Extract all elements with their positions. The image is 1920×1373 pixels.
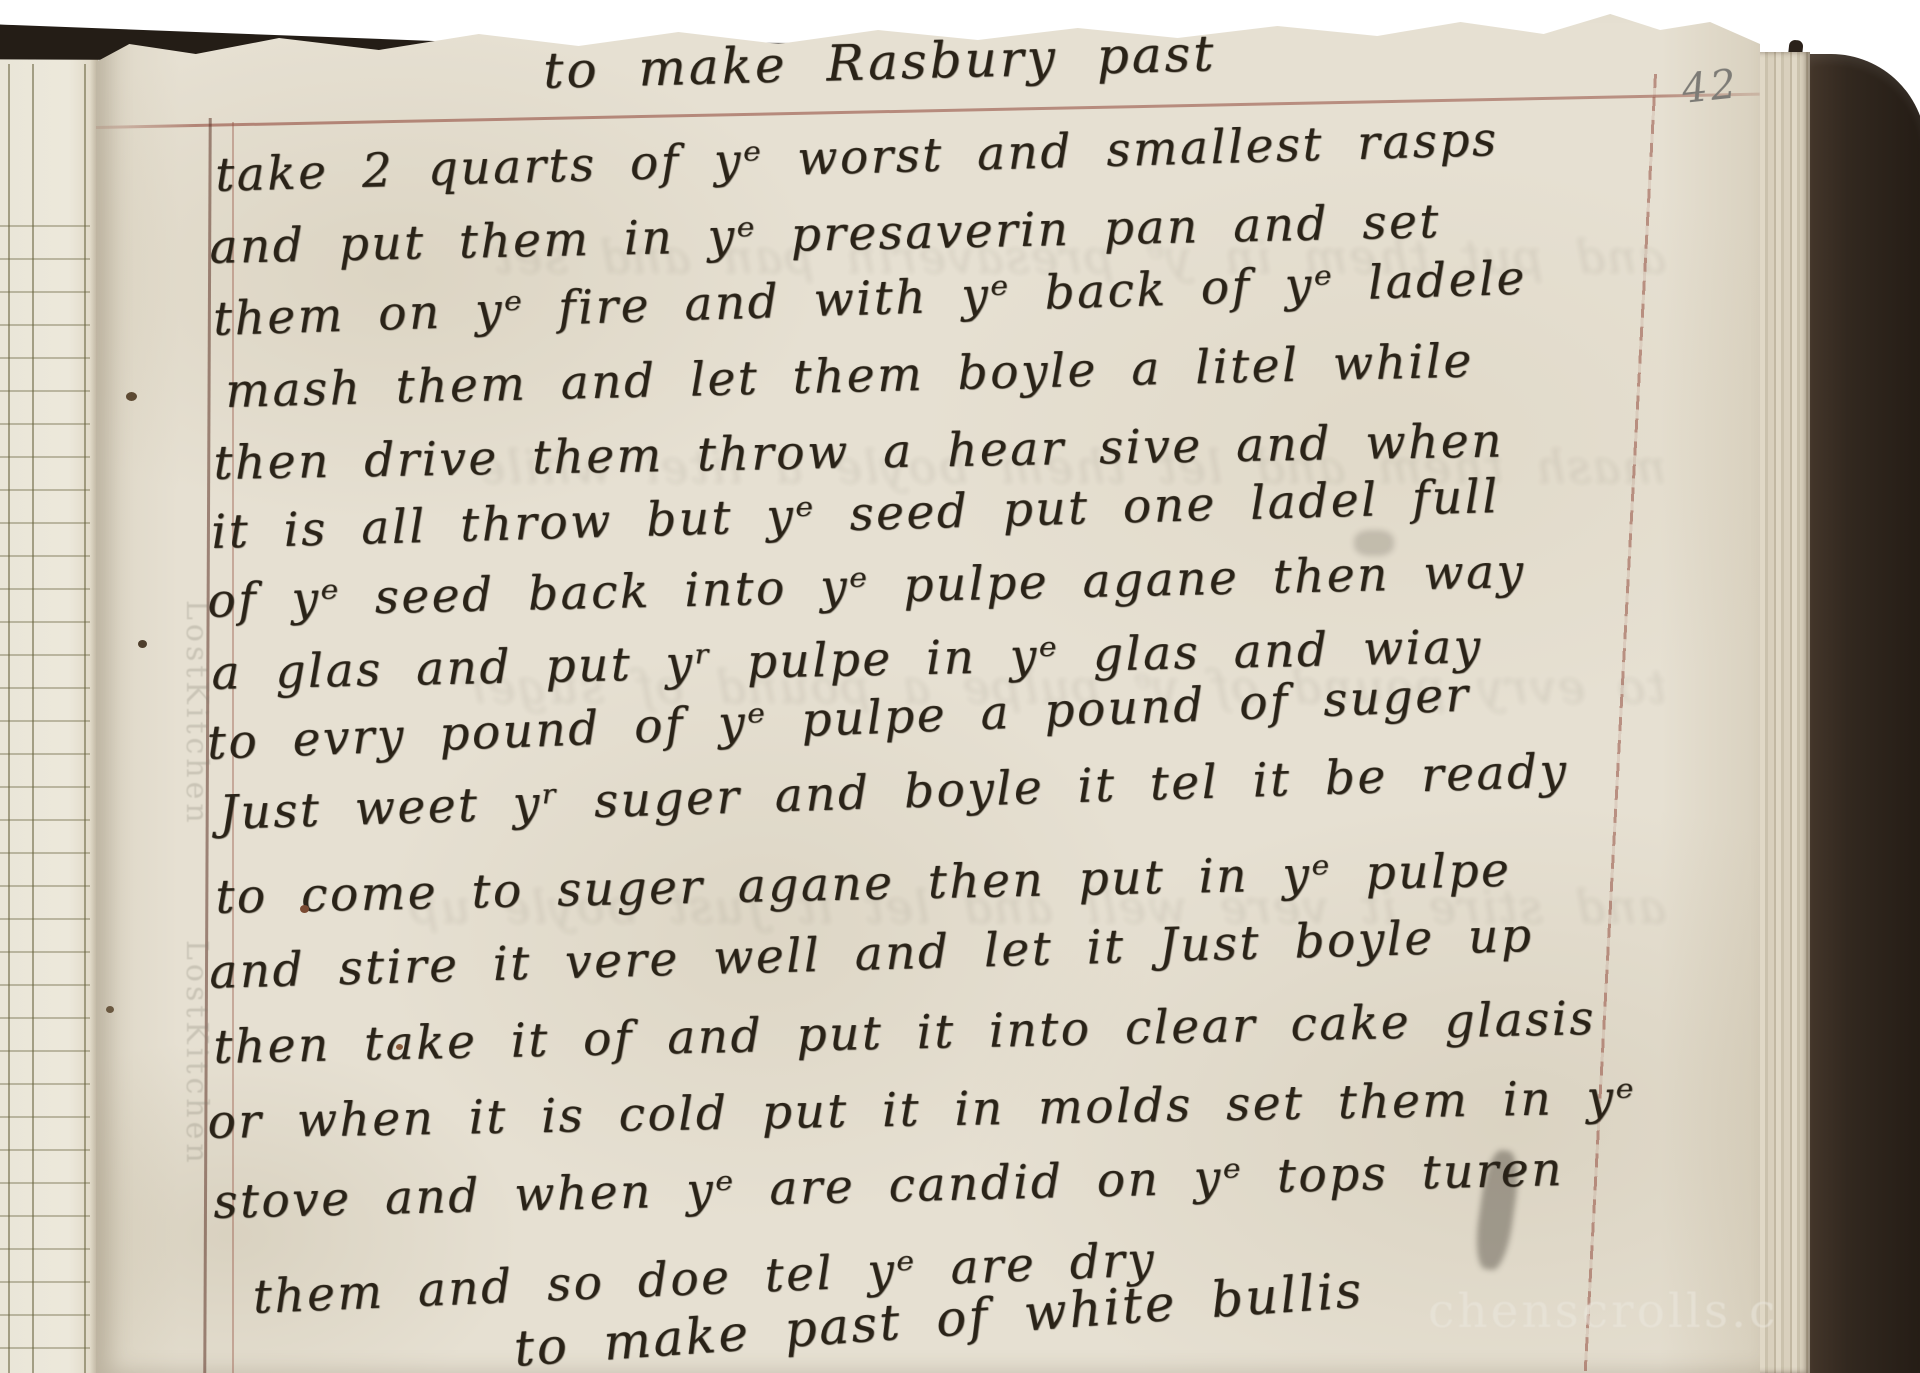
recipe-title: to make Rasbury past [543, 26, 1217, 99]
page-number: 42 [1680, 61, 1741, 113]
manuscript-line: and stire it vere well and let it Just b… [209, 910, 1534, 999]
manuscript-line: mash them and let them boyle a litel whi… [225, 336, 1475, 418]
manuscript-line: to come to suger agane then put in yᵉ pu… [215, 845, 1512, 924]
manuscript-photo: and put them in yᵉ presaverin pan and se… [0, 0, 1920, 1373]
right-margin-line [1584, 74, 1657, 1371]
manuscript-line: take 2 quarts of yᵉ worst and smallest r… [215, 114, 1500, 202]
paper-speck [396, 1044, 403, 1050]
manuscript-line: or when it is cold put it in molds set t… [207, 1072, 1637, 1149]
facing-page-edge [0, 44, 98, 1373]
manuscript-line: of yᵉ seed back into yᵉ pulpe agane then… [207, 546, 1526, 628]
manuscript-line: then take it of and put it into clear ca… [213, 993, 1596, 1074]
ink-smudge [1354, 530, 1394, 556]
manuscript-line: stove and when yᵉ are candid on yᵉ tops … [213, 1144, 1565, 1229]
paper-speck [300, 905, 309, 913]
leather-cover-edge [1806, 54, 1920, 1373]
watermark-text: LostKitchen [179, 940, 214, 1167]
manuscript-page: and put them in yᵉ presaverin pan and se… [96, 0, 1760, 1373]
paper-speck [106, 1006, 114, 1013]
paper-speck [138, 640, 147, 648]
watermark-text: LostKitchen [179, 600, 214, 827]
watermark-text: chenscrolls.c [1428, 1284, 1778, 1339]
paper-speck [126, 392, 137, 401]
ledger-horizontal-lines [0, 194, 90, 1373]
red-top-rule [96, 93, 1760, 129]
